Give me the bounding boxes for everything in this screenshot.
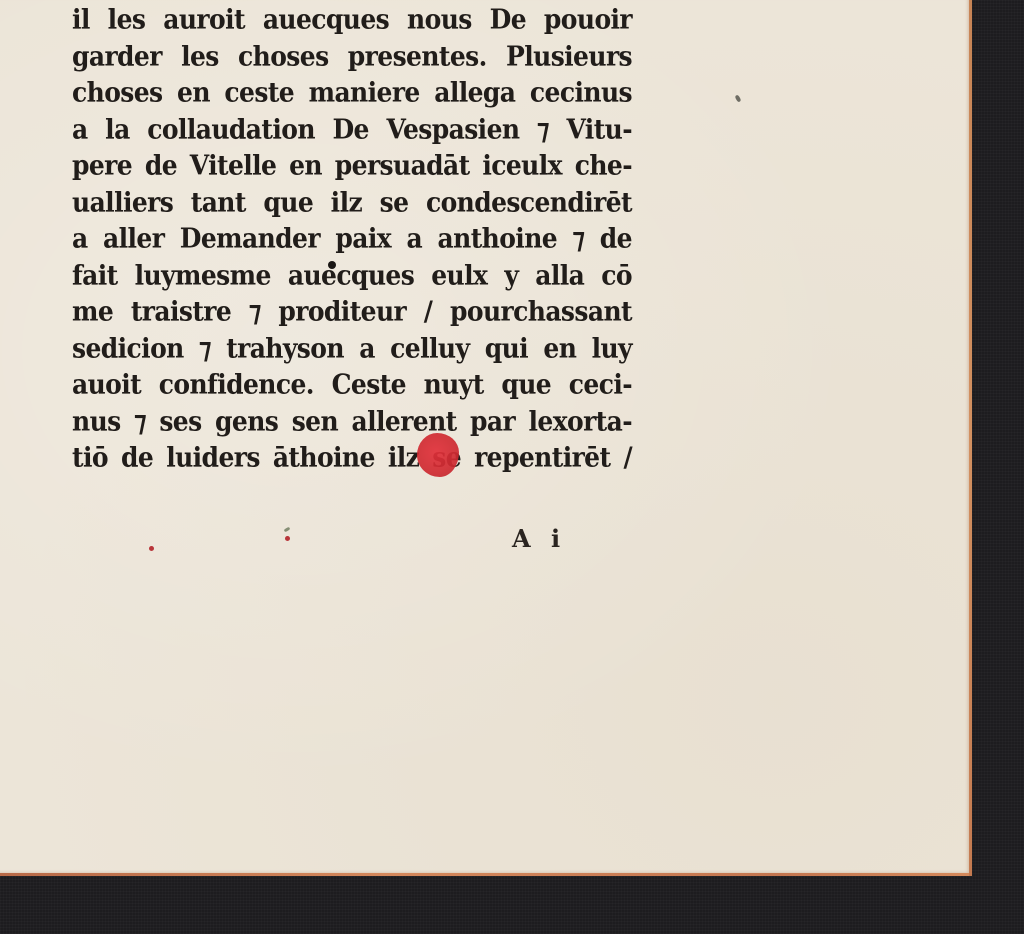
- text-line: ualliers tant que ilz se condescendirēt: [72, 183, 632, 222]
- page-edge-bottom: [0, 873, 972, 876]
- paper-speck: [735, 94, 742, 102]
- page-edge-right: [969, 0, 972, 876]
- text-line: nus ⁊ ses gens sen allerent par lexorta-: [72, 402, 632, 441]
- text-line: a la collaudation De Vespasien ⁊ Vitu-: [72, 110, 632, 149]
- text-line: garder les choses presentes. Plusieurs: [72, 37, 632, 76]
- text-line: me traistre ⁊ proditeur / pourchassant: [72, 293, 632, 332]
- text-line: pere de Vitelle en persuadāt iceulx che-: [72, 147, 632, 186]
- scan-background: il les auroit auecques nous De pouoir ga…: [0, 0, 1024, 934]
- red-ink-blot: [417, 433, 459, 477]
- paper-speck: [284, 527, 291, 533]
- text-line: a aller Demander paix a anthoine ⁊ de: [72, 220, 632, 259]
- text-line: sedicion ⁊ trahyson a celluy qui en luy: [72, 329, 632, 368]
- signature-mark: A i: [512, 524, 566, 553]
- text-line: choses en ceste maniere allega cecinus: [72, 74, 632, 113]
- book-page: il les auroit auecques nous De pouoir ga…: [0, 0, 972, 876]
- text-line: fait luymesme auecques eulx y alla cō: [72, 256, 632, 295]
- text-line: tiō de luiders āthoine ilz se repentirēt…: [72, 439, 632, 478]
- text-line: il les auroit auecques nous De pouoir: [72, 1, 632, 40]
- text-line: auoit confidence. Ceste nuyt que ceci-: [72, 366, 632, 405]
- text-column: il les auroit auecques nous De pouoir ga…: [72, 2, 632, 477]
- ink-blot: [328, 261, 336, 269]
- red-speck: [285, 536, 290, 541]
- red-speck: [149, 546, 154, 551]
